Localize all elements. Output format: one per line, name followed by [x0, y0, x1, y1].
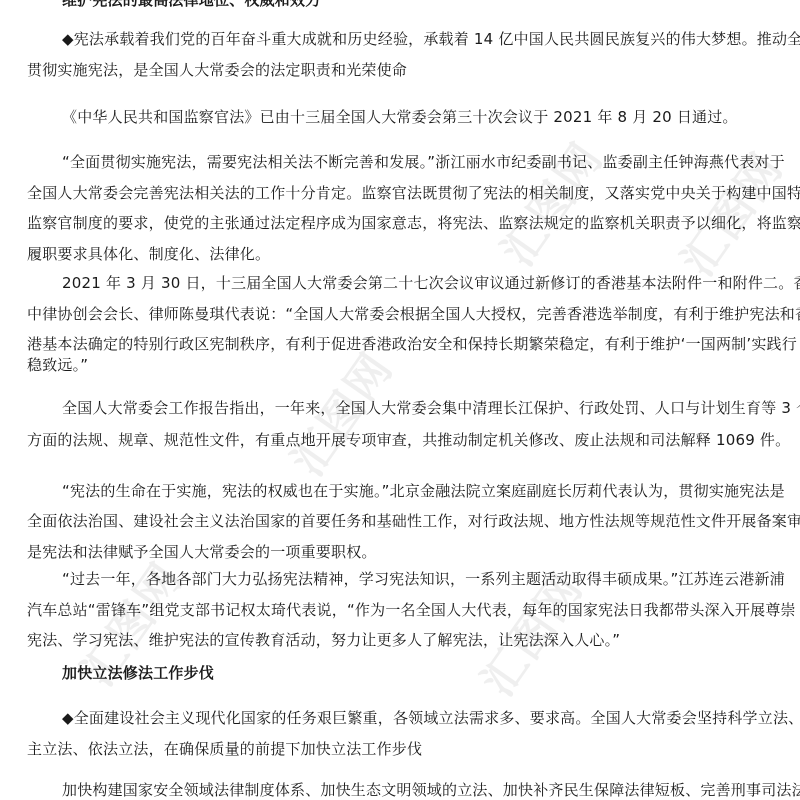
paragraph-line: 港基本法确定的特别行政区宪制秩序，有利于促进香港政治安全和保持长期繁荣稳定，有利…: [27, 334, 775, 354]
paragraph-line: 是宪法和法律赋予全国人大常委会的一项重要职权。: [27, 542, 775, 562]
section-heading: 加快立法修法工作步伐: [62, 663, 775, 683]
paragraph-line: 稳致远。”: [27, 355, 775, 375]
paragraph-line: 全国人大常委会完善宪法相关法的工作十分肯定。监察官法既贯彻了宪法的相关制度，又落…: [27, 183, 775, 203]
paragraph-line: “过去一年，各地各部门大力弘扬宪法精神，学习宪法知识，一系列主题活动取得丰硕成果…: [62, 569, 775, 589]
paragraph-line: 方面的法规、规章、规范性文件，有重点地开展专项审查，共推动制定机关修改、废止法规…: [27, 430, 775, 450]
paragraph-line: 《中华人民共和国监察官法》已由十三届全国人大常委会第三十次会议于 2021 年 …: [62, 107, 775, 127]
paragraph-line: 全面依法治国、建设社会主义法治国家的首要任务和基础性工作，对行政法规、地方性法规…: [27, 511, 775, 531]
paragraph-line: 2021 年 3 月 30 日，十三届全国人大常委会第二十七次会议审议通过新修订…: [62, 273, 775, 293]
paragraph-line: 全国人大常委会工作报告指出，一年来，全国人大常委会集中清理长江保护、行政处罚、人…: [62, 398, 775, 418]
paragraph-line: “宪法的生命在于实施，宪法的权威也在于实施。”北京金融法院立案庭副庭长厉莉代表认…: [62, 481, 775, 501]
paragraph-line: 贯彻实施宪法，是全国人大常委会的法定职责和光荣使命: [27, 60, 775, 80]
paragraph-line: 主立法、依法立法，在确保质量的前提下加快立法工作步伐: [27, 739, 775, 759]
paragraph-line: 汽车总站“雷锋车”组党支部书记权太琦代表说，“作为一名全国人大代表，每年的国家宪…: [27, 600, 775, 620]
section-heading: 维护宪法的最高法律地位、权威和效力: [62, 0, 775, 10]
paragraph-line: 中律协创会会长、律师陈曼琪代表说：“全国人大常委会根据全国人大授权，完善香港选举…: [27, 304, 775, 324]
paragraph-line: ◆宪法承载着我们党的百年奋斗重大成就和历史经验，承载着 14 亿中国人民共圆民族…: [62, 29, 775, 49]
paragraph-line: 监察官制度的要求，使党的主张通过法定程序成为国家意志，将宪法、监察法规定的监察机…: [27, 213, 775, 233]
paragraph-line: ◆全面建设社会主义现代化国家的任务艰巨繁重，各领域立法需求多、要求高。全国人大常…: [62, 708, 775, 728]
document-page: 汇图网 汇图网 汇图网 汇图网 汇图网 维护宪法的最高法律地位、权威和效力 ◆宪…: [0, 0, 800, 800]
paragraph-line: 加快构建国家安全领域法律制度体系、加快生态文明领域的立法、加快补齐民生保障法律短…: [62, 780, 775, 800]
paragraph-line: “全面贯彻实施宪法，需要宪法相关法不断完善和发展。”浙江丽水市纪委副书记、监委副…: [62, 152, 775, 172]
paragraph-line: 履职要求具体化、制度化、法律化。: [27, 244, 775, 264]
paragraph-line: 宪法、学习宪法、维护宪法的宣传教育活动，努力让更多人了解宪法，让宪法深入人心。”: [27, 630, 775, 650]
